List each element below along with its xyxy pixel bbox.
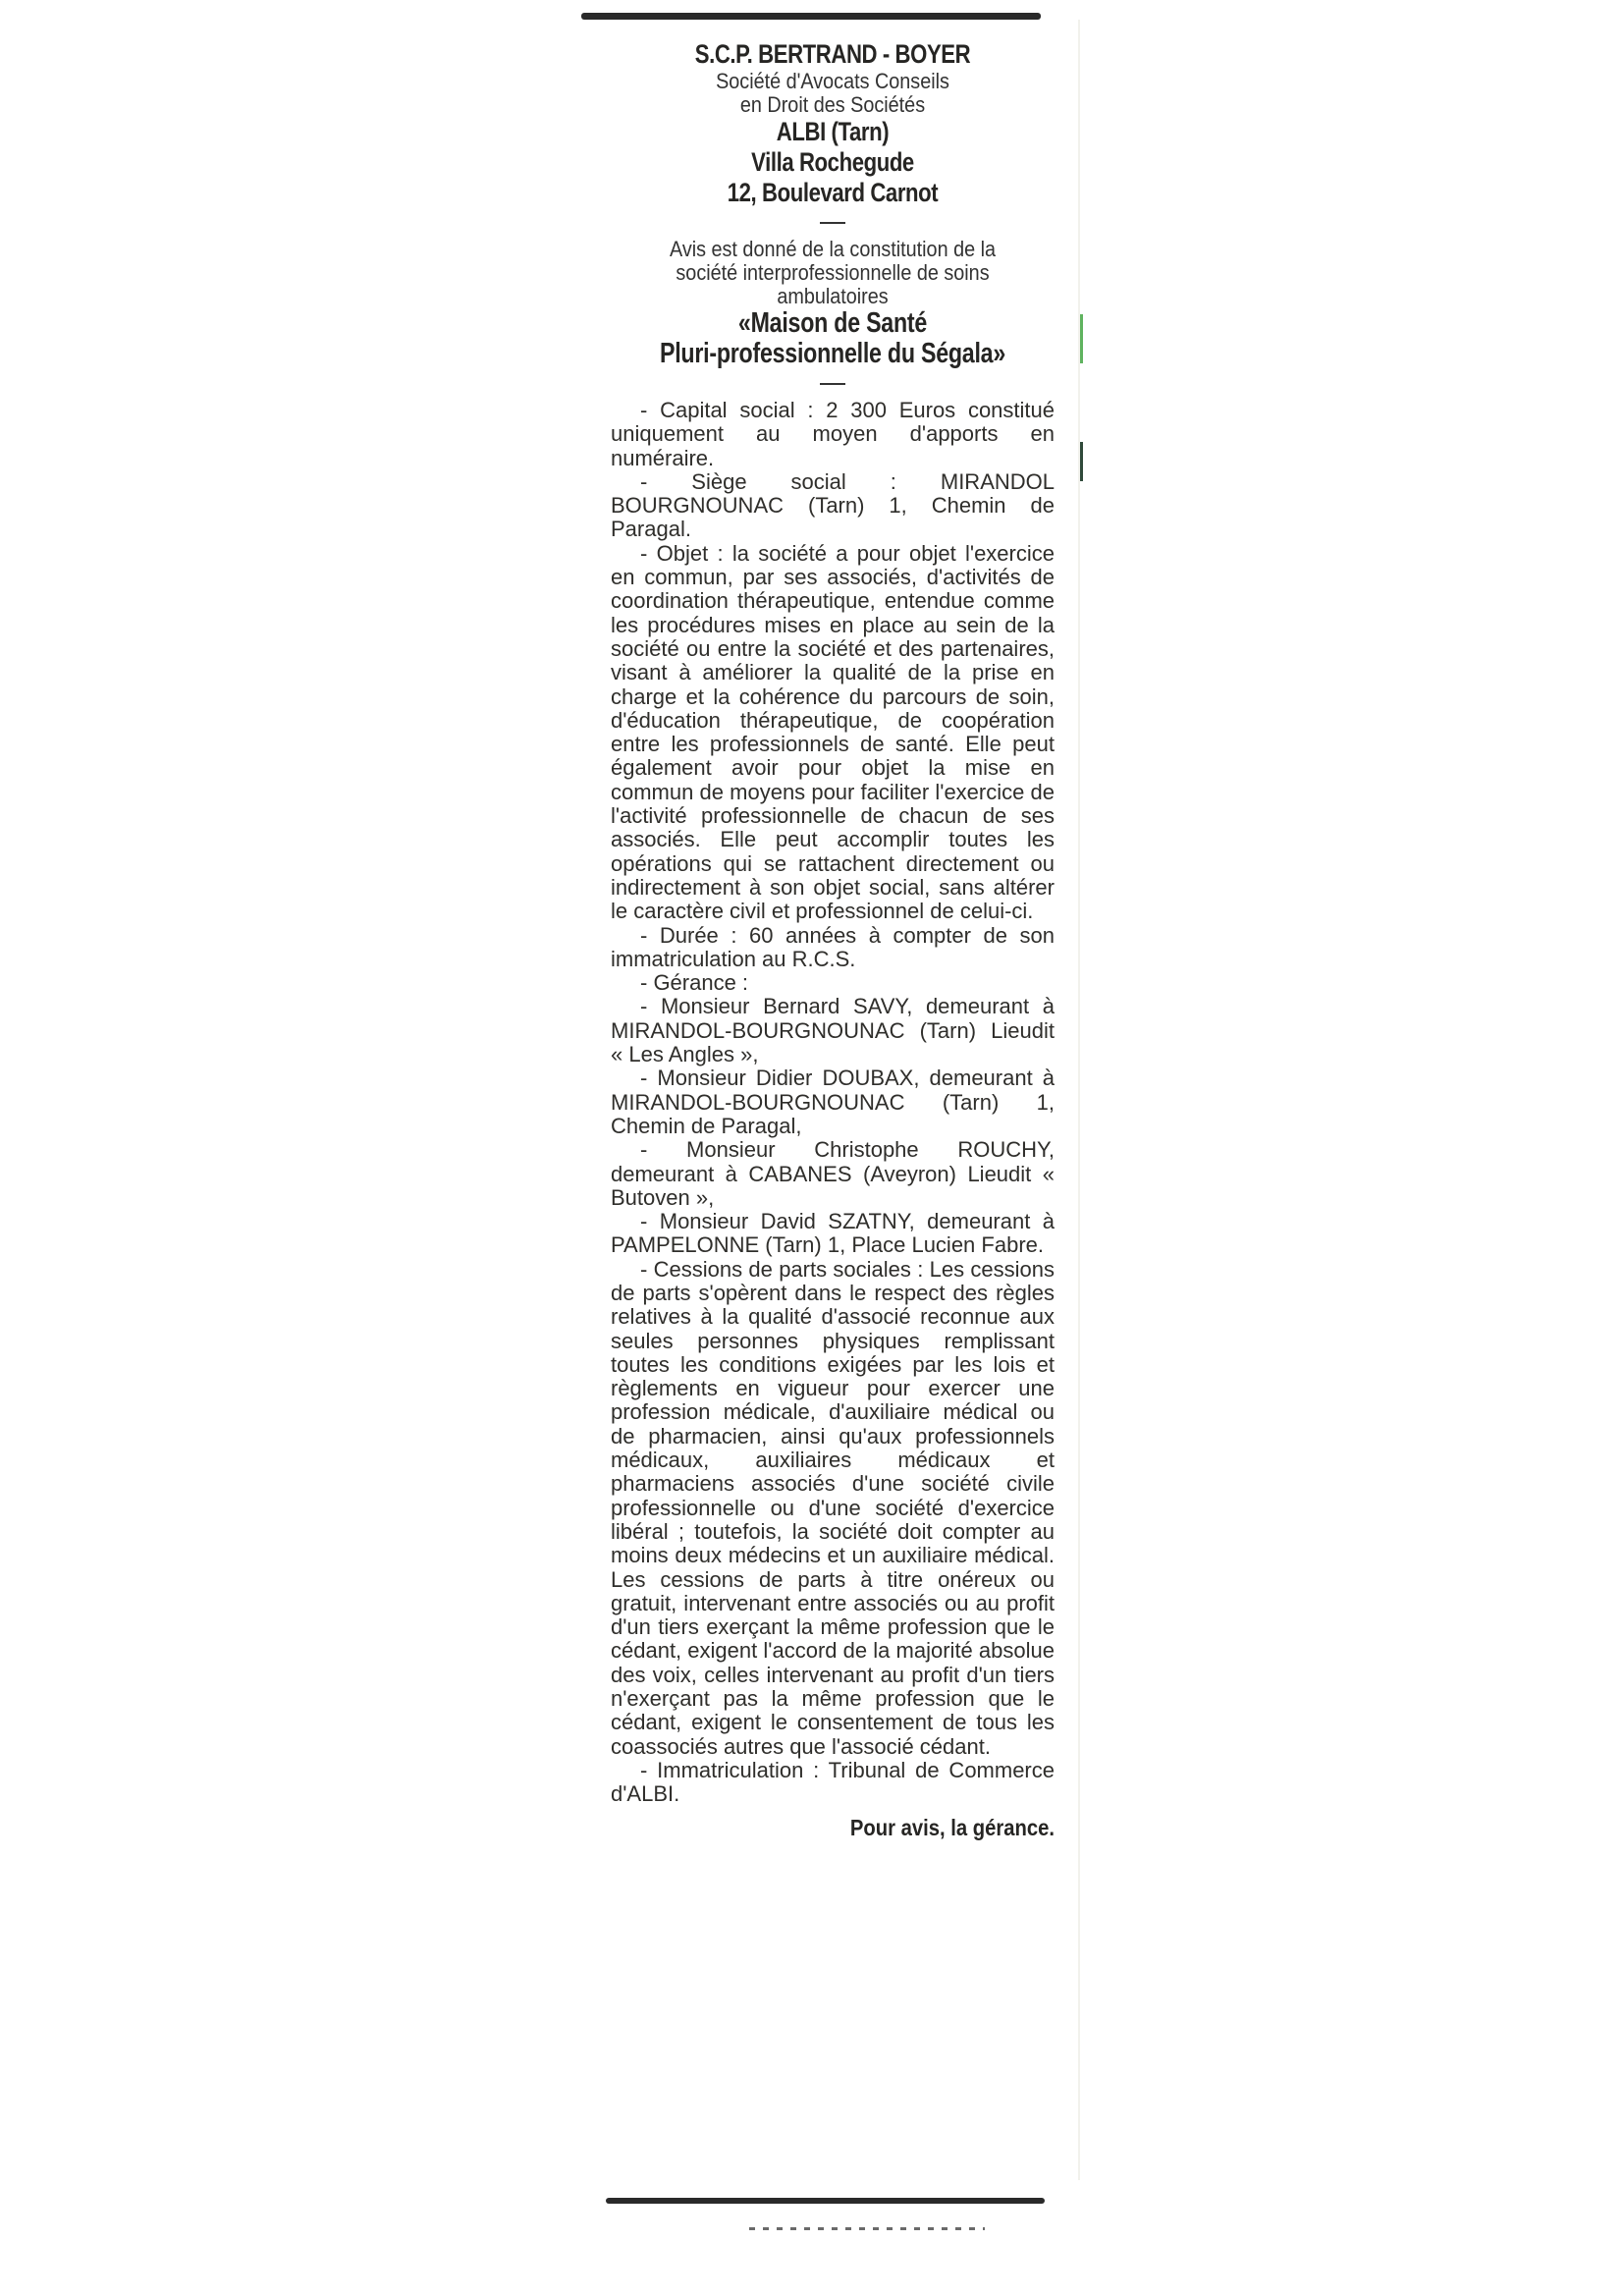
manager-doubax: - Monsieur Didier DOUBAX, demeurant à MI…: [611, 1066, 1055, 1138]
firm-name: S.C.P. BERTRAND - BOYER: [651, 39, 1015, 70]
intro-text: Avis est donné de la constitution de la …: [633, 238, 1033, 308]
separator-dash: [820, 383, 845, 385]
firm-subtitle-1: Société d'Avocats Conseils: [633, 70, 1033, 93]
firm-subtitle-2: en Droit des Sociétés: [633, 93, 1033, 117]
firm-city: ALBI (Tarn): [651, 117, 1015, 147]
notice-body: - Capital social : 2 300 Euros constitué…: [611, 399, 1055, 1807]
clause-duree: - Durée : 60 années à compter de son imm…: [611, 924, 1055, 972]
scan-artifact-dots: [749, 2227, 985, 2230]
manager-savy: - Monsieur Bernard SAVY, demeurant à MIR…: [611, 995, 1055, 1066]
clause-cessions: - Cessions de parts sociales : Les cessi…: [611, 1258, 1055, 1759]
manager-rouchy: - Monsieur Christophe ROUCHY, demeurant …: [611, 1138, 1055, 1210]
bottom-rule: [606, 2198, 1045, 2204]
company-name-line: «Maison de Santé: [655, 308, 1010, 339]
company-name: «Maison de Santé Pluri-professionnelle d…: [611, 308, 1055, 369]
firm-building: Villa Rochegude: [651, 147, 1015, 178]
clause-objet: - Objet : la société a pour objet l'exer…: [611, 542, 1055, 924]
scan-artifact-green: [1080, 314, 1083, 363]
notice-header: S.C.P. BERTRAND - BOYER Société d'Avocat…: [611, 39, 1055, 208]
manager-szatny: - Monsieur David SZATNY, demeurant à PAM…: [611, 1210, 1055, 1258]
top-rule: [581, 13, 1041, 20]
signature: Pour avis, la gérance.: [664, 1813, 1055, 1842]
clause-siege: - Siège social : MIRANDOL BOURGNOUNAC (T…: [611, 470, 1055, 542]
separator-dash: [820, 222, 845, 224]
clause-gerance: - Gérance :: [611, 971, 1055, 995]
scan-artifact-dark: [1080, 442, 1083, 481]
intro-line: ambulatoires: [633, 285, 1033, 308]
clause-immatriculation: - Immatriculation : Tribunal de Commerce…: [611, 1759, 1055, 1807]
company-name-line: Pluri-professionnelle du Ségala»: [655, 339, 1010, 369]
legal-notice: S.C.P. BERTRAND - BOYER Société d'Avocat…: [611, 39, 1055, 1842]
firm-address: 12, Boulevard Carnot: [651, 178, 1015, 208]
intro-line: société interprofessionnelle de soins: [633, 261, 1033, 285]
clause-capital: - Capital social : 2 300 Euros constitué…: [611, 399, 1055, 470]
intro-line: Avis est donné de la constitution de la: [633, 238, 1033, 261]
